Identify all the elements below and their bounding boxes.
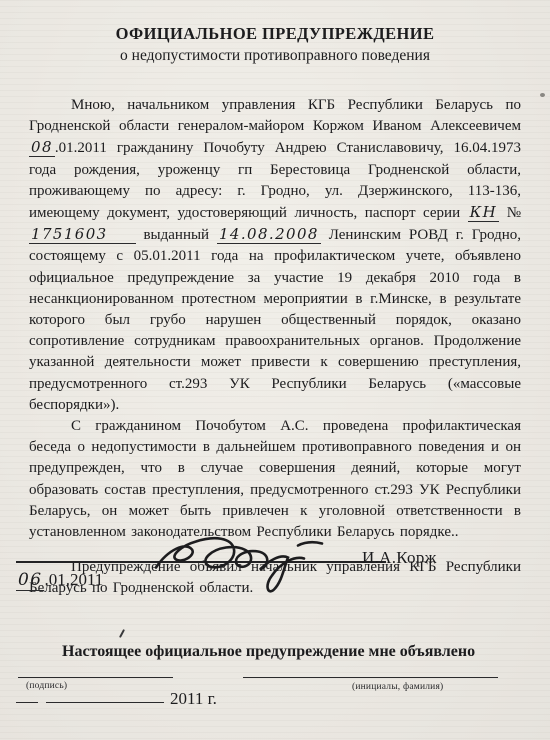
document-header: ОФИЦИАЛЬНОЕ ПРЕДУПРЕЖДЕНИЕ о недопустимо…	[0, 0, 550, 65]
paragraph-1: Мною, начальником управления КГБ Республ…	[29, 95, 521, 416]
handwritten-issue-date: 14.08.2008	[217, 225, 321, 244]
acknowledgement-day-line	[16, 702, 38, 703]
acknowledgement-name-line	[243, 677, 498, 678]
p1-text-4: выданный	[143, 227, 209, 243]
initials-surname-label: (инициалы, фамилия)	[352, 682, 443, 692]
handwritten-passport-number: 1751603	[29, 225, 136, 244]
acknowledgement-statement: Настоящее официальное предупреждение мне…	[62, 643, 475, 661]
handwritten-passport-series: КН	[468, 203, 500, 222]
paragraph-3: Предупреждение объявил начальник управле…	[29, 557, 521, 599]
paragraph-2: С гражданином Почобутом А.С. проведена п…	[29, 416, 521, 543]
document-page: ОФИЦИАЛЬНОЕ ПРЕДУПРЕЖДЕНИЕ о недопустимо…	[0, 0, 550, 740]
acknowledgement-signature-line	[18, 677, 173, 678]
signature-label: (подпись)	[26, 681, 67, 691]
p1-text-5: Ленинским РОВД г. Гродно, состоящему с 0…	[29, 227, 521, 413]
document-body: Мною, начальником управления КГБ Республ…	[29, 95, 521, 600]
p1-text-3: №	[507, 205, 521, 221]
acknowledgement-year: 2011 г.	[170, 689, 217, 709]
acknowledgement-month-line	[46, 702, 164, 703]
p1-text-2: .01.2011 гражданину Почобуту Андрею Стан…	[29, 140, 521, 221]
p1-text-1: Мною, начальником управления КГБ Республ…	[29, 97, 521, 134]
scan-smudge-icon	[540, 93, 545, 97]
document-subtitle: о недопустимости противоправного поведен…	[0, 47, 550, 65]
handwritten-warning-day: 08	[29, 138, 55, 157]
scan-mark-icon	[119, 629, 125, 638]
document-title: ОФИЦИАЛЬНОЕ ПРЕДУПРЕЖДЕНИЕ	[0, 24, 550, 44]
